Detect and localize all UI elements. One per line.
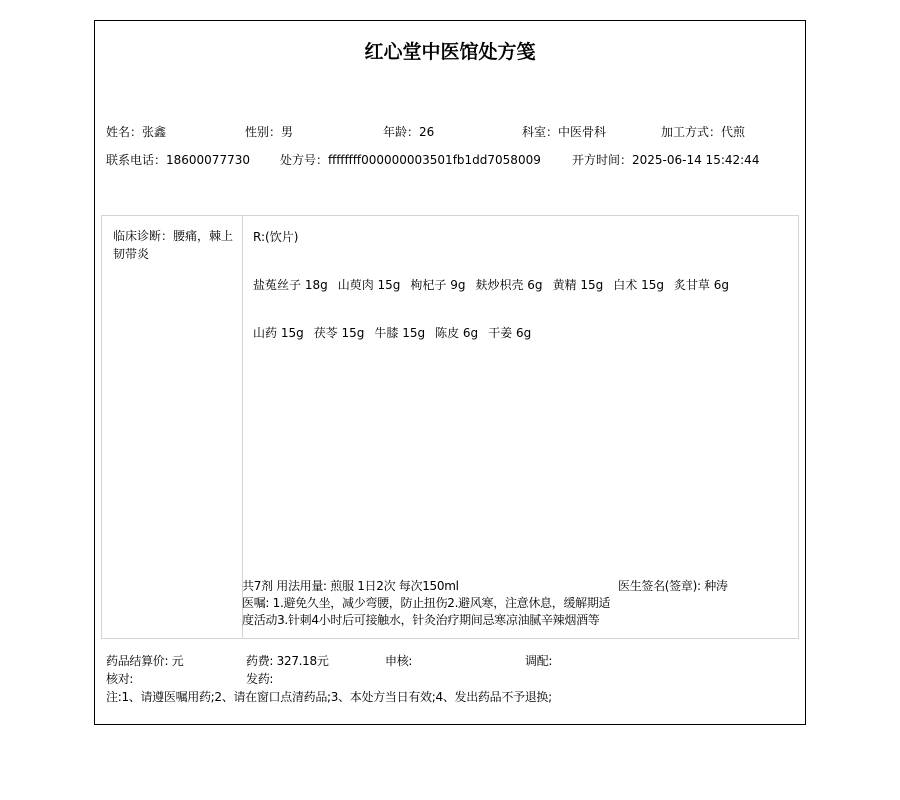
herb-item: 牛膝 15g [374, 326, 425, 340]
herb-item: 枸杞子 9g [410, 278, 465, 292]
herb-item: 茯苓 15g [314, 326, 365, 340]
herb-item: 炙甘草 6g [674, 278, 729, 292]
review: 申核: [385, 652, 412, 669]
clinical-diagnosis: 临床诊断：腰痛，棘上韧带炎 [113, 227, 237, 263]
herb-item: 山萸肉 15g [338, 278, 401, 292]
herb-item: 盐菟丝子 18g [253, 278, 328, 292]
prescription-number: 处方号：ffffffff000000003501fb1dd7058009 [280, 151, 541, 168]
herb-line-1: 盐菟丝子 18g山萸肉 15g枸杞子 9g麸炒枳壳 6g黄精 15g白术 15g… [253, 276, 739, 293]
herb-item: 干姜 6g [488, 326, 531, 340]
herb-item: 麸炒枳壳 6g [475, 278, 542, 292]
herb-line-2: 山药 15g茯苓 15g牛膝 15g陈皮 6g干姜 6g [253, 324, 541, 341]
medical-advice: 医嘱: 1.避免久坐，减少弯腰，防止扭伤2.避风寒，注意休息，缓解期适度活动3.… [242, 595, 617, 629]
herb-item: 黄精 15g [553, 278, 604, 292]
footer-note: 注:1、请遵医嘱用药;2、请在窗口点清药品;3、本处方当日有效;4、发出药品不予… [106, 688, 552, 705]
dispense: 调配: [525, 652, 552, 669]
check: 核对: [106, 670, 133, 687]
herb-item: 山药 15g [253, 326, 304, 340]
patient-age: 年龄：26 [383, 123, 434, 140]
drug-fee: 药费: 327.18元 [246, 652, 329, 669]
herb-item: 白术 15g [613, 278, 664, 292]
prescription-page: 红心堂中医馆处方笺 姓名：张鑫 性别：男 年龄：26 科室：中医骨科 加工方式：… [94, 20, 806, 725]
department: 科室：中医骨科 [522, 123, 606, 140]
settle-price: 药品结算价: 元 [106, 652, 183, 669]
process-method: 加工方式：代煎 [661, 123, 745, 140]
issue: 发药: [246, 670, 273, 687]
patient-name: 姓名：张鑫 [106, 123, 166, 140]
usage-dosage: 共7剂 用法用量: 煎服 1日2次 每次150ml [242, 577, 459, 594]
rx-label: R:(饮片) [253, 228, 298, 245]
page-title: 红心堂中医馆处方笺 [95, 37, 805, 64]
diagnosis-column: 临床诊断：腰痛，棘上韧带炎 [102, 216, 243, 638]
patient-gender: 性别：男 [245, 123, 293, 140]
phone: 联系电话：18600077730 [106, 151, 250, 168]
herb-item: 陈皮 6g [435, 326, 478, 340]
prescription-box: 临床诊断：腰痛，棘上韧带炎 R:(饮片) 盐菟丝子 18g山萸肉 15g枸杞子 … [101, 215, 799, 639]
prescription-time: 开方时间：2025-06-14 15:42:44 [572, 151, 759, 168]
doctor-signature: 医生签名(签章): 种涛 [618, 577, 728, 594]
